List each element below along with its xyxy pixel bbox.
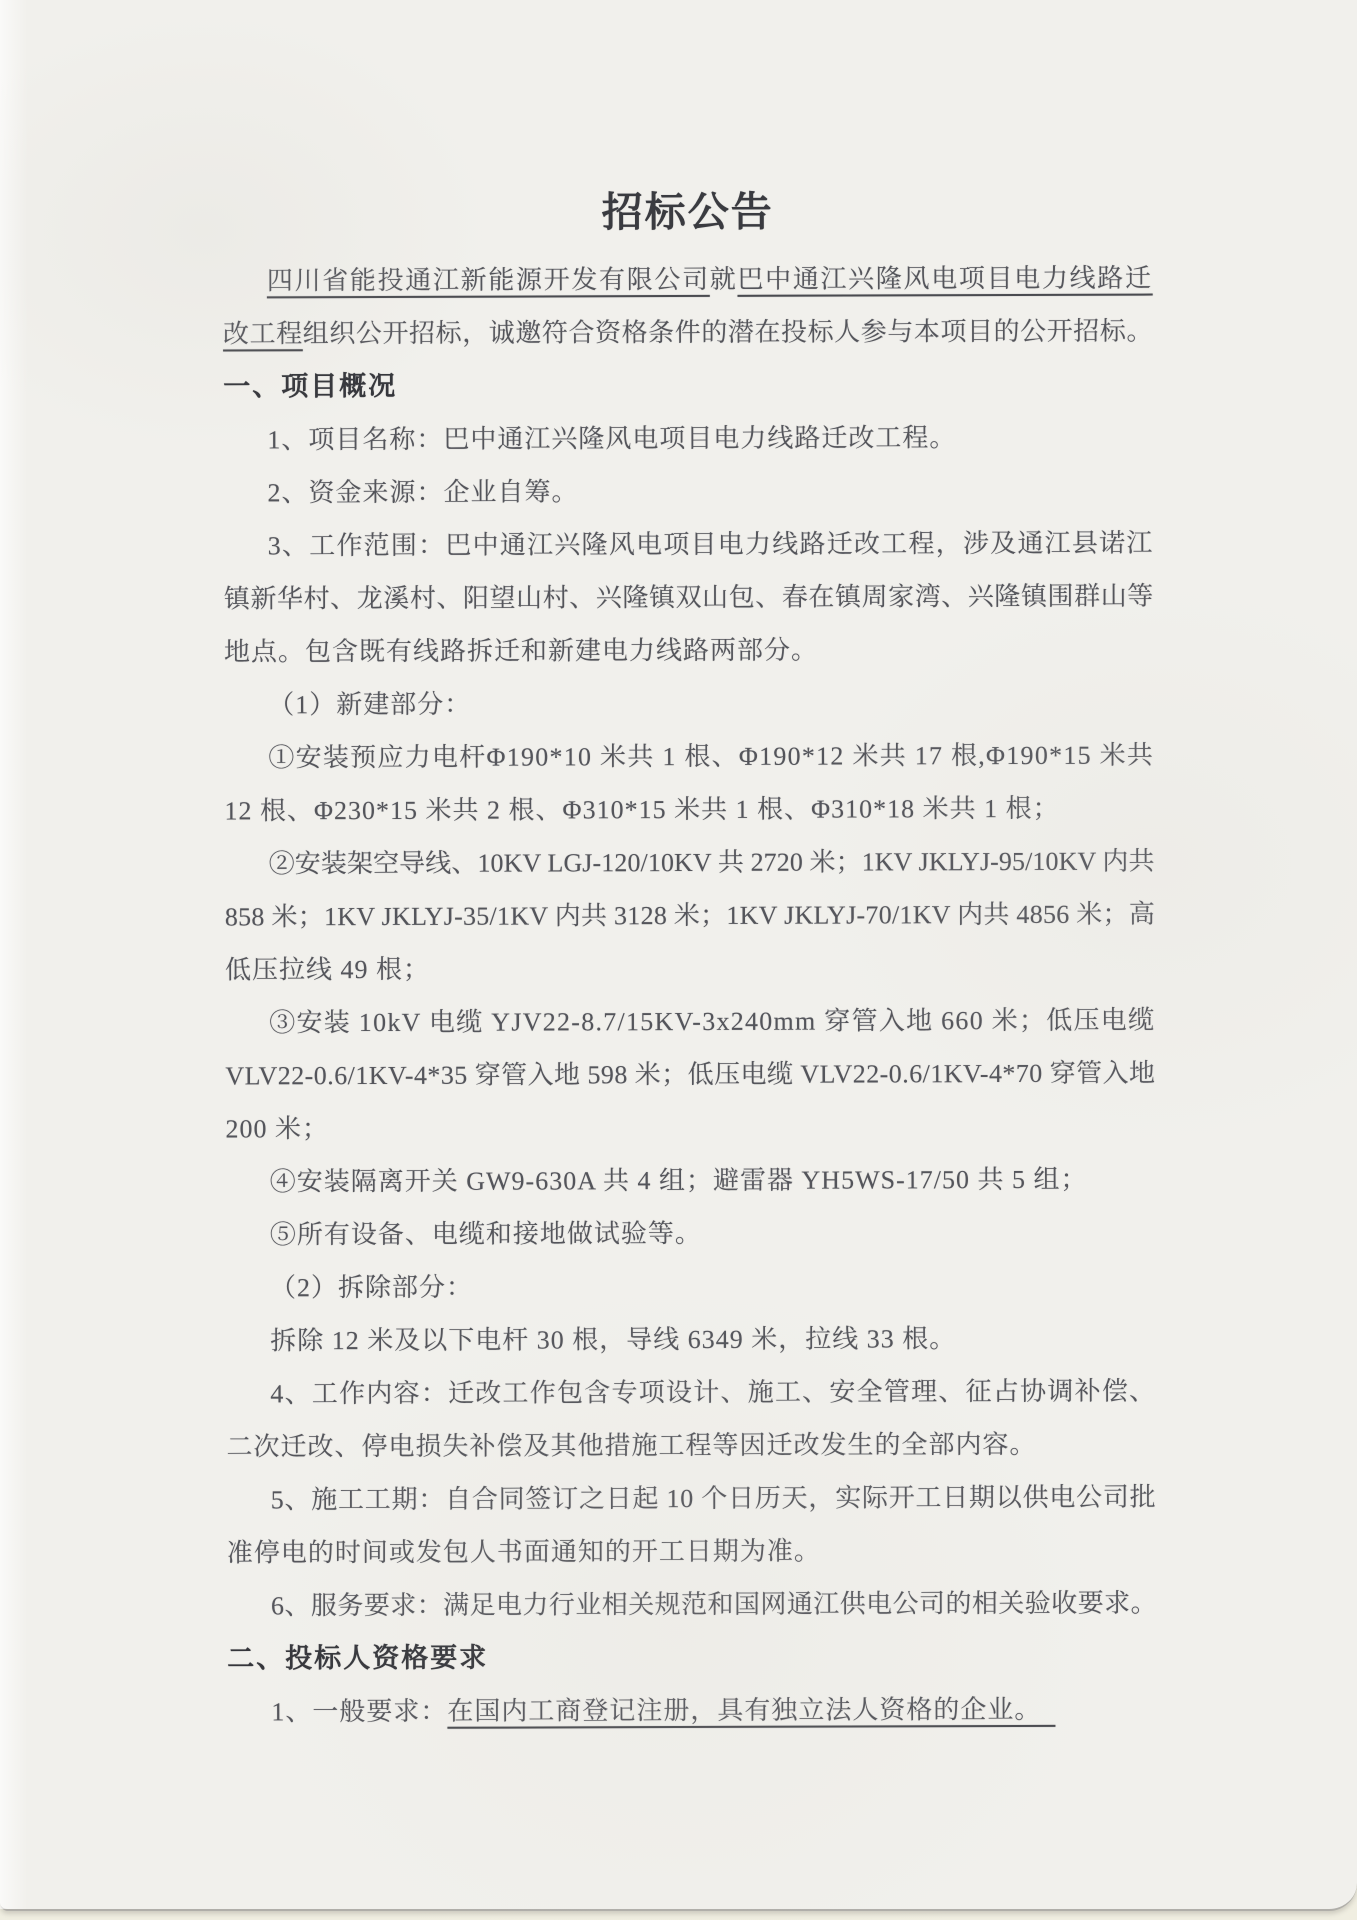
document-title: 招标公告 xyxy=(223,182,1153,243)
document-content: 招标公告 四川省能投通江新能源开发有限公司就巴中通江兴隆风电项目电力线路迁改工程… xyxy=(223,182,1158,1739)
text-segment: 二次迁改、停电损失补偿及其他措施工程等因迁改发生的全部内容。 xyxy=(226,1430,1036,1462)
document-line-text: 858 米；1KV JKLYJ-35/1KV 内共 3128 米；1KV JKL… xyxy=(225,900,1155,932)
document-line-text: 低压拉线 49 根； xyxy=(225,955,430,985)
text-segment: 准停电的时间或发包人书面通知的开工日期为准。 xyxy=(227,1537,821,1568)
text-segment: （1）新建部分： xyxy=(268,690,471,720)
text-segment: ①安装预应力电杆Φ190*10 米共 1 根、Φ190*12 米共 17 根,Φ… xyxy=(268,741,1154,773)
text-segment: 4、工作内容：迁改工作包含专项设计、施工、安全管理、征占协调补偿、 xyxy=(270,1377,1156,1409)
document-line-text: 改工程组织公开招标，诚邀符合资格条件的潜在投标人参与本项目的公开招标。 xyxy=(223,317,1153,349)
page-left-edge-highlight xyxy=(0,0,28,1909)
document-line: 准停电的时间或发包人书面通知的开工日期为准。 xyxy=(227,1524,1157,1580)
underlined-text: 巴中通江兴隆风电项目电力线路迁 xyxy=(737,264,1152,294)
document-line: 200 米； xyxy=(225,1100,1155,1156)
text-segment: 3、工作范围：巴中通江兴隆风电项目电力线路迁改工程，涉及通江县诺江 xyxy=(268,529,1154,561)
document-line: 858 米；1KV JKLYJ-35/1KV 内共 3128 米；1KV JKL… xyxy=(225,888,1155,944)
document-line: 2、资金来源：企业自筹。 xyxy=(223,464,1153,520)
text-segment: ⑤所有设备、电缆和接地做试验等。 xyxy=(270,1219,702,1249)
document-line-text: 12 根、Φ230*15 米共 2 根、Φ310*15 米共 1 根、Φ310*… xyxy=(224,794,1059,826)
text-segment: 就 xyxy=(710,265,738,294)
document-line: 二次迁改、停电损失补偿及其他措施工程等因迁改发生的全部内容。 xyxy=(226,1418,1156,1474)
document-line: 改工程组织公开招标，诚邀符合资格条件的潜在投标人参与本项目的公开招标。 xyxy=(223,305,1153,361)
text-segment: ③安装 10kV 电缆 YJV22-8.7/15KV-3x240mm 穿管入地 … xyxy=(269,1006,1155,1038)
document-line-text: ④安装隔离开关 GW9-630A 共 4 组；避雷器 YH5WS-17/50 共… xyxy=(270,1165,1088,1197)
document-body: 四川省能投通江新能源开发有限公司就巴中通江兴隆风电项目电力线路迁改工程组织公开招… xyxy=(223,252,1158,1739)
document-line: 5、施工工期：自合同签订之日起 10 个日历天，实际开工日期以供电公司批 xyxy=(227,1471,1157,1527)
document-line: 3、工作范围：巴中通江兴隆风电项目电力线路迁改工程，涉及通江县诺江 xyxy=(224,517,1154,573)
document-line: 1、一般要求：在国内工商登记注册，具有独立法人资格的企业。 xyxy=(227,1683,1157,1739)
text-segment: 1、一般要求： xyxy=(271,1697,447,1727)
section-heading: 一、项目概况 xyxy=(223,358,1153,414)
underlined-text: 在国内工商登记注册，具有独立法人资格的企业。 xyxy=(447,1695,1055,1726)
scan-background: { "document": { "title": "招标公告", "blocks… xyxy=(0,0,1357,1920)
document-line-text: 地点。包含既有线路拆迁和新建电力线路两部分。 xyxy=(224,636,818,667)
document-line: ⑤所有设备、电缆和接地做试验等。 xyxy=(226,1206,1156,1262)
document-line: ①安装预应力电杆Φ190*10 米共 1 根、Φ190*12 米共 17 根,Φ… xyxy=(224,729,1154,785)
text-segment: 组织公开招标，诚邀符合资格条件的潜在投标人参与本项目的公开招标。 xyxy=(303,317,1153,349)
section-heading-text: 一、项目概况 xyxy=(223,371,397,402)
text-segment: 12 根、Φ230*15 米共 2 根、Φ310*15 米共 1 根、Φ310*… xyxy=(224,794,1059,826)
document-line: （1）新建部分： xyxy=(224,676,1154,732)
document-line: ②安装架空导线、10KV LGJ-120/10KV 共 2720 米；1KV J… xyxy=(225,835,1155,891)
text-segment: 镇新华村、龙溪村、阳望山村、兴隆镇双山包、春在镇周家湾、兴隆镇围群山等 xyxy=(224,582,1154,614)
document-line: 6、服务要求：满足电力行业相关规范和国网通江供电公司的相关验收要求。 xyxy=(227,1577,1157,1633)
document-line: （2）拆除部分： xyxy=(226,1259,1156,1315)
document-line-text: 6、服务要求：满足电力行业相关规范和国网通江供电公司的相关验收要求。 xyxy=(271,1589,1157,1621)
document-line-text: 3、工作范围：巴中通江兴隆风电项目电力线路迁改工程，涉及通江县诺江 xyxy=(268,529,1154,561)
document-line-text: ⑤所有设备、电缆和接地做试验等。 xyxy=(270,1219,702,1249)
document-line: 低压拉线 49 根； xyxy=(225,941,1155,997)
underlined-text: 改工程 xyxy=(223,319,303,348)
document-line: 12 根、Φ230*15 米共 2 根、Φ310*15 米共 1 根、Φ310*… xyxy=(224,782,1154,838)
document-line-text: 2、资金来源：企业自筹。 xyxy=(267,477,578,507)
document-line-text: （2）拆除部分： xyxy=(270,1273,473,1303)
document-line: ④安装隔离开关 GW9-630A 共 4 组；避雷器 YH5WS-17/50 共… xyxy=(226,1153,1156,1209)
text-segment: 5、施工工期：自合同签订之日起 10 个日历天，实际开工日期以供电公司批 xyxy=(271,1483,1157,1515)
text-segment: （2）拆除部分： xyxy=(270,1273,473,1303)
document-line-text: 镇新华村、龙溪村、阳望山村、兴隆镇双山包、春在镇周家湾、兴隆镇围群山等 xyxy=(224,582,1154,614)
document-line-text: 准停电的时间或发包人书面通知的开工日期为准。 xyxy=(227,1537,821,1568)
document-line-text: VLV22-0.6/1KV-4*35 穿管入地 598 米；低压电缆 VLV22… xyxy=(225,1059,1155,1091)
text-segment: 200 米； xyxy=(225,1114,329,1143)
text-segment: 拆除 12 米及以下电杆 30 根，导线 6349 米，拉线 33 根。 xyxy=(270,1324,956,1355)
text-segment: 858 米；1KV JKLYJ-35/1KV 内共 3128 米；1KV JKL… xyxy=(225,900,1155,932)
document-line-text: 1、项目名称：巴中通江兴隆风电项目电力线路迁改工程。 xyxy=(267,423,956,454)
document-line-text: ②安装架空导线、10KV LGJ-120/10KV 共 2720 米；1KV J… xyxy=(269,847,1155,879)
section-heading: 二、投标人资格要求 xyxy=(227,1630,1157,1686)
document-line-text: 拆除 12 米及以下电杆 30 根，导线 6349 米，拉线 33 根。 xyxy=(270,1324,956,1355)
document-line-text: 5、施工工期：自合同签订之日起 10 个日历天，实际开工日期以供电公司批 xyxy=(271,1483,1157,1515)
document-line: 地点。包含既有线路拆迁和新建电力线路两部分。 xyxy=(224,623,1154,679)
text-segment: ④安装隔离开关 GW9-630A 共 4 组；避雷器 YH5WS-17/50 共… xyxy=(270,1165,1088,1197)
document-line: 镇新华村、龙溪村、阳望山村、兴隆镇双山包、春在镇周家湾、兴隆镇围群山等 xyxy=(224,570,1154,626)
document-line-text: ③安装 10kV 电缆 YJV22-8.7/15KV-3x240mm 穿管入地 … xyxy=(269,1006,1155,1038)
text-segment: 低压拉线 49 根； xyxy=(225,955,430,985)
document-line-text: 四川省能投通江新能源开发有限公司就巴中通江兴隆风电项目电力线路迁 xyxy=(267,264,1153,296)
text-segment: 2、资金来源：企业自筹。 xyxy=(267,477,578,507)
document-line: 1、项目名称：巴中通江兴隆风电项目电力线路迁改工程。 xyxy=(223,411,1153,467)
section-heading-text: 二、投标人资格要求 xyxy=(227,1643,488,1674)
document-line: 拆除 12 米及以下电杆 30 根，导线 6349 米，拉线 33 根。 xyxy=(226,1312,1156,1368)
document-line-text: 二次迁改、停电损失补偿及其他措施工程等因迁改发生的全部内容。 xyxy=(226,1430,1036,1462)
text-segment: ②安装架空导线、10KV LGJ-120/10KV 共 2720 米；1KV J… xyxy=(269,847,1155,879)
text-segment: 1、项目名称：巴中通江兴隆风电项目电力线路迁改工程。 xyxy=(267,423,956,454)
document-line-text: 200 米； xyxy=(225,1114,329,1143)
document-line: 4、工作内容：迁改工作包含专项设计、施工、安全管理、征占协调补偿、 xyxy=(226,1365,1156,1421)
text-segment: 6、服务要求：满足电力行业相关规范和国网通江供电公司的相关验收要求。 xyxy=(271,1589,1157,1621)
text-segment: 地点。包含既有线路拆迁和新建电力线路两部分。 xyxy=(224,636,818,667)
document-line: VLV22-0.6/1KV-4*35 穿管入地 598 米；低压电缆 VLV22… xyxy=(225,1047,1155,1103)
underlined-text: 四川省能投通江新能源开发有限公司 xyxy=(267,265,710,295)
document-line-text: ①安装预应力电杆Φ190*10 米共 1 根、Φ190*12 米共 17 根,Φ… xyxy=(268,741,1154,773)
text-segment: VLV22-0.6/1KV-4*35 穿管入地 598 米；低压电缆 VLV22… xyxy=(225,1059,1155,1091)
document-line-text: （1）新建部分： xyxy=(268,690,471,720)
document-line: 四川省能投通江新能源开发有限公司就巴中通江兴隆风电项目电力线路迁 xyxy=(223,252,1153,308)
document-line-text: 4、工作内容：迁改工作包含专项设计、施工、安全管理、征占协调补偿、 xyxy=(270,1377,1156,1409)
document-line: ③安装 10kV 电缆 YJV22-8.7/15KV-3x240mm 穿管入地 … xyxy=(225,994,1155,1050)
document-line-text: 1、一般要求：在国内工商登记注册，具有独立法人资格的企业。 xyxy=(271,1695,1055,1726)
